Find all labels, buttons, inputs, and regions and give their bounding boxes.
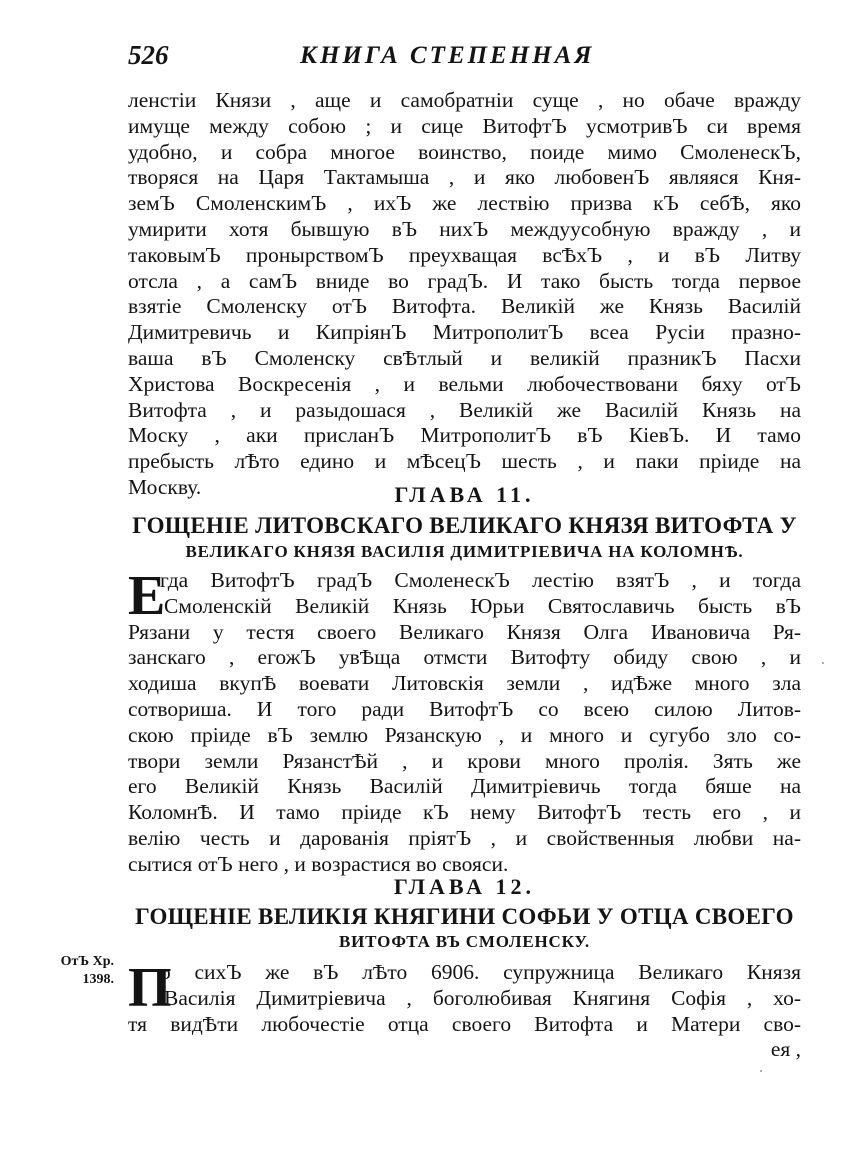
text-line: ленстіи Князи , аще и самобратніи суще ,…	[128, 88, 801, 114]
text-line: скою пріиде вЪ землю Рязанскую , и много…	[128, 723, 801, 749]
text-line: твори земли РязанстѢй , и крови много пр…	[128, 749, 801, 775]
running-head: 526 КНИГА СТЕПЕННАЯ	[128, 40, 808, 74]
text-line: имуще между собою ; и сице ВитофтЪ усмот…	[128, 114, 801, 140]
text-line: умирити хотя бывшую вЪ нихЪ междуусобную…	[128, 217, 801, 243]
chapter-12-label: ГЛАВА 12.	[128, 874, 801, 900]
text-line: КоломнѢ. И тамо пріиде кЪ нему ВитофтЪ т…	[128, 800, 801, 826]
text-line: Василія Димитріевича , боголюбивая Княги…	[128, 986, 801, 1012]
text-line: гда ВитофтЪ градЪ СмоленескЪ лестію взят…	[128, 568, 801, 594]
text-line: Моску , аки присланЪ МитрополитЪ вЪ Кіев…	[128, 423, 801, 449]
text-line: ваша вЪ Смоленску свѢтлый и великій праз…	[128, 346, 801, 372]
text-line: земЪ СмоленскимЪ , ихЪ же лествію призва…	[128, 191, 801, 217]
text-line: Смоленскій Великій Князь Юрьи Святослави…	[128, 594, 801, 620]
chapter-12-text: П о сихЪ же вЪ лѢто 6906. супружница Вел…	[128, 960, 801, 1063]
marginal-note: ОтЪ Хр. 1398.	[42, 953, 114, 989]
text-line: творяся на Царя Тактамыша , и яко любове…	[128, 165, 801, 191]
text-line: взятіе Смоленску отЪ Витофта. Великій же…	[128, 294, 801, 320]
paragraph-continued: ленстіи Князи , аще и самобратніи суще ,…	[128, 88, 801, 501]
catchword: ея ,	[128, 1037, 801, 1063]
paper-speck	[760, 1070, 762, 1072]
text-line: его Великій Князь Василій Димитріевичь т…	[128, 774, 801, 800]
marginal-note-year: 1398.	[42, 971, 114, 989]
chapter-11-label: ГЛАВА 11.	[128, 482, 801, 508]
text-line: отсла , а самЪ вниде во градЪ. И тако бы…	[128, 269, 801, 295]
text-line: пребысть лѢто едино и мѢсецЪ шесть , и п…	[128, 449, 801, 475]
chapter-12-title-line-1: ГОЩЕНІЕ ВЕЛИКІЯ КНЯГИНИ СОФЬИ У ОТЦА СВО…	[128, 904, 801, 930]
drop-cap: П	[128, 962, 172, 1014]
text-line: таковымЪ пронырствомЪ преухващая всѢхЪ ,…	[128, 243, 801, 269]
text-line: Витофта , и разыдошася , Великій же Васи…	[128, 398, 801, 424]
text-line: занскаго , егожЪ увѢща отмсти Витофту об…	[128, 645, 801, 671]
text-line: тя видѢти любочестіе отца своего Витофта…	[128, 1012, 801, 1038]
text-line: Христова Воскресенія , и вельми любочест…	[128, 372, 801, 398]
text-line: ходиша вкупѢ воевати Литовскія земли , и…	[128, 671, 801, 697]
chapter-11-title-line-1: ГОЩЕНІЕ ЛИТОВСКАГО ВЕЛИКАГО КНЯЗЯ ВИТОФТ…	[128, 513, 801, 539]
chapter-11-title-line-2: ВЕЛИКАГО КНЯЗЯ ВАСИЛІЯ ДИМИТРІЕВИЧА НА К…	[128, 542, 801, 562]
page-number: 526	[128, 40, 169, 71]
text-line: о сихЪ же вЪ лѢто 6906. супружница Велик…	[128, 960, 801, 986]
text-line: Рязани у тестя своего Великаго Князя Олг…	[128, 620, 801, 646]
text-line: сотвориша. И того ради ВитофтЪ со всею с…	[128, 697, 801, 723]
drop-cap: Е	[128, 570, 165, 622]
chapter-11-text: Е гда ВитофтЪ градЪ СмоленескЪ лестію вз…	[128, 568, 801, 878]
text-line: Димитревичь и КипріянЪ МитрополитЪ всеа …	[128, 320, 801, 346]
marginal-note-line: ОтЪ Хр.	[42, 953, 114, 971]
book-page: 526 КНИГА СТЕПЕННАЯ ленстіи Князи , аще …	[0, 0, 854, 1150]
text-line: удобно, и собра многое воинство, поиде м…	[128, 140, 801, 166]
running-title: КНИГА СТЕПЕННАЯ	[300, 42, 595, 70]
paper-speck	[822, 662, 824, 664]
chapter-12-title-line-2: ВИТОФТА ВЪ СМОЛЕНСКУ.	[128, 932, 801, 952]
text-line: велію честь и дарованія пріятЪ , и свойс…	[128, 826, 801, 852]
